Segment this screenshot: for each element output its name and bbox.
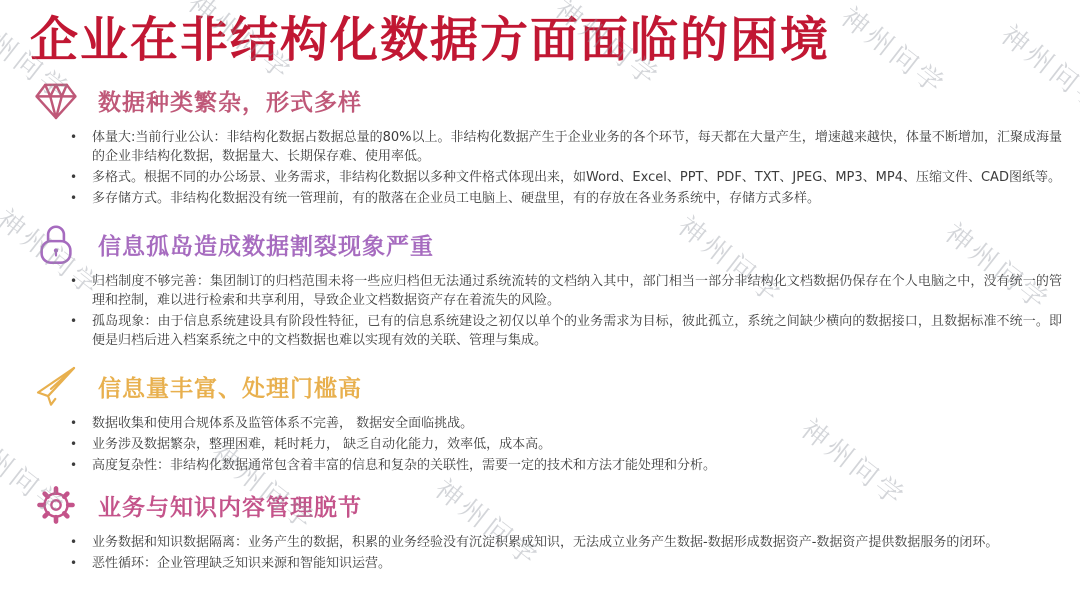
section-header: 信息孤岛造成数据割裂现象严重 bbox=[32, 220, 1066, 268]
bullet-item: 恶性循环：企业管理缺乏知识来源和智能知识运营。 bbox=[92, 554, 1062, 573]
section-header: 业务与知识内容管理脱节 bbox=[32, 481, 1066, 529]
gear-icon bbox=[32, 481, 80, 529]
bullet-item: 多格式。根据不同的办公场景、业务需求，非结构化数据以多种文件格式体现出来，如Wo… bbox=[92, 168, 1062, 187]
section-heading: 业务与知识内容管理脱节 bbox=[98, 489, 362, 522]
bullet-list: 业务数据和知识数据隔离：业务产生的数据，积累的业务经验没有沉淀积累成知识，无法成… bbox=[30, 533, 1066, 573]
bullet-item: 数据收集和使用合规体系及监管体系不完善， 数据安全面临挑战。 bbox=[92, 414, 1062, 433]
diamond-icon bbox=[32, 76, 80, 124]
section-data-variety: 数据种类繁杂，形式多样 体量大:当前行业公认：非结构化数据占数据总量的80%以上… bbox=[30, 76, 1066, 208]
section-knowledge-disconnect: 业务与知识内容管理脱节 业务数据和知识数据隔离：业务产生的数据，积累的业务经验没… bbox=[30, 481, 1066, 573]
slide: 神州问学 神州问学 神州问学 神州问学 神州问学 神州问学 神州问学 神州问学 … bbox=[0, 0, 1080, 607]
bullet-list: 体量大:当前行业公认：非结构化数据占数据总量的80%以上。非结构化数据产生于企业… bbox=[30, 128, 1066, 208]
section-heading: 数据种类繁杂，形式多样 bbox=[98, 84, 362, 117]
page-title: 企业在非结构化数据方面面临的困境 bbox=[30, 14, 1066, 66]
section-heading: 信息孤岛造成数据割裂现象严重 bbox=[98, 228, 434, 261]
bullet-item: 业务涉及数据繁杂，整理困难，耗时耗力， 缺乏自动化能力，效率低，成本高。 bbox=[92, 435, 1062, 454]
lock-icon bbox=[32, 220, 80, 268]
section-header: 信息量丰富、处理门槛高 bbox=[32, 362, 1066, 410]
section-info-silos: 信息孤岛造成数据割裂现象严重 归档制度不够完善：集团制订的归档范围未将一些应归档… bbox=[30, 220, 1066, 350]
bullet-item: 体量大:当前行业公认：非结构化数据占数据总量的80%以上。非结构化数据产生于企业… bbox=[92, 128, 1062, 166]
paper-plane-icon bbox=[32, 362, 80, 410]
bullet-list: 数据收集和使用合规体系及监管体系不完善， 数据安全面临挑战。 业务涉及数据繁杂，… bbox=[30, 414, 1066, 475]
section-heading: 信息量丰富、处理门槛高 bbox=[98, 370, 362, 403]
bullet-item: 高度复杂性：非结构化数据通常包含着丰富的信息和复杂的关联性，需要一定的技术和方法… bbox=[92, 456, 1062, 475]
section-header: 数据种类繁杂，形式多样 bbox=[32, 76, 1066, 124]
bullet-item: 业务数据和知识数据隔离：业务产生的数据，积累的业务经验没有沉淀积累成知识，无法成… bbox=[92, 533, 1062, 552]
bullet-item: 归档制度不够完善：集团制订的归档范围未将一些应归档但无法通过系统流转的文档纳入其… bbox=[92, 272, 1062, 310]
bullet-list: 归档制度不够完善：集团制订的归档范围未将一些应归档但无法通过系统流转的文档纳入其… bbox=[30, 272, 1066, 350]
bullet-item: 多存储方式。非结构化数据没有统一管理前，有的散落在企业员工电脑上、硬盘里，有的存… bbox=[92, 189, 1062, 208]
section-processing-threshold: 信息量丰富、处理门槛高 数据收集和使用合规体系及监管体系不完善， 数据安全面临挑… bbox=[30, 362, 1066, 475]
bullet-item: 孤岛现象：由于信息系统建设具有阶段性特征，已有的信息系统建设之初仅以单个的业务需… bbox=[92, 312, 1062, 350]
